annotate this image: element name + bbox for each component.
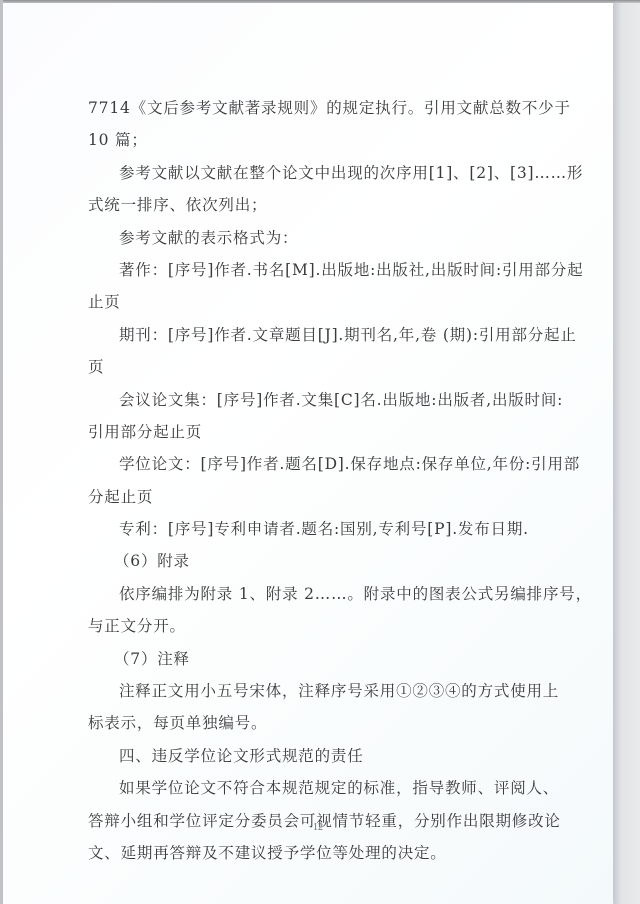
text-line: 7714《文后参考文献著录规则》的规定执行。引用文献总数不少于 bbox=[88, 92, 558, 124]
body-text: 7714《文后参考文献著录规则》的规定执行。引用文献总数不少于 10 篇； 参考… bbox=[88, 92, 558, 869]
text-line: 答辩小组和学位评定分委员会可视情节轻重，分别作出限期修改论 bbox=[88, 805, 558, 837]
text-line: 分起止页 bbox=[88, 481, 558, 513]
section-heading-notes: （7）注释 bbox=[88, 643, 558, 675]
reference-format-proceedings: 会议论文集：[序号]作者.文集[C]名.出版地:出版者,出版时间: bbox=[88, 384, 558, 416]
text-line: 引用部分起止页 bbox=[88, 416, 558, 448]
reference-format-patent: 专利：[序号]专利申请者.题名:国别,专利号[P].发布日期. bbox=[88, 513, 558, 545]
text-line: 参考文献的表示格式为： bbox=[88, 222, 558, 254]
text-line: 与正文分开。 bbox=[88, 610, 558, 642]
scan-right-margin bbox=[614, 3, 640, 904]
text-line: 标表示，每页单独编号。 bbox=[88, 707, 558, 739]
text-line: 10 篇； bbox=[88, 124, 558, 156]
text-line: 注释正文用小五号宋体，注释序号采用①②③④的方式使用上 bbox=[88, 675, 558, 707]
text-line: 页 bbox=[88, 351, 558, 383]
page-number: 12 bbox=[313, 822, 323, 833]
section-heading-violation: 四、违反学位论文形式规范的责任 bbox=[88, 740, 558, 772]
text-line: 式统一排序、依次列出； bbox=[88, 189, 558, 221]
text-line: 如果学位论文不符合本规范规定的标准，指导教师、评阅人、 bbox=[88, 772, 558, 804]
text-line: 止页 bbox=[88, 286, 558, 318]
text-line: 依序编排为附录 1、附录 2……。附录中的图表公式另编排序号， bbox=[88, 578, 558, 610]
text-line: 参考文献以文献在整个论文中出现的次序用[1]、[2]、[3]……形 bbox=[88, 157, 558, 189]
reference-format-book: 著作：[序号]作者.书名[M].出版地:出版社,出版时间:引用部分起 bbox=[88, 254, 558, 286]
reference-format-journal: 期刊：[序号]作者.文章题目[J].期刊名,年,卷 (期):引用部分起止 bbox=[88, 319, 558, 351]
text-line: 文、延期再答辩及不建议授予学位等处理的决定。 bbox=[88, 837, 558, 869]
reference-format-thesis: 学位论文：[序号]作者.题名[D].保存地点:保存单位,年份:引用部 bbox=[88, 448, 558, 480]
section-heading-appendix: （6）附录 bbox=[88, 545, 558, 577]
scanned-page-image: 7714《文后参考文献著录规则》的规定执行。引用文献总数不少于 10 篇； 参考… bbox=[0, 0, 640, 904]
